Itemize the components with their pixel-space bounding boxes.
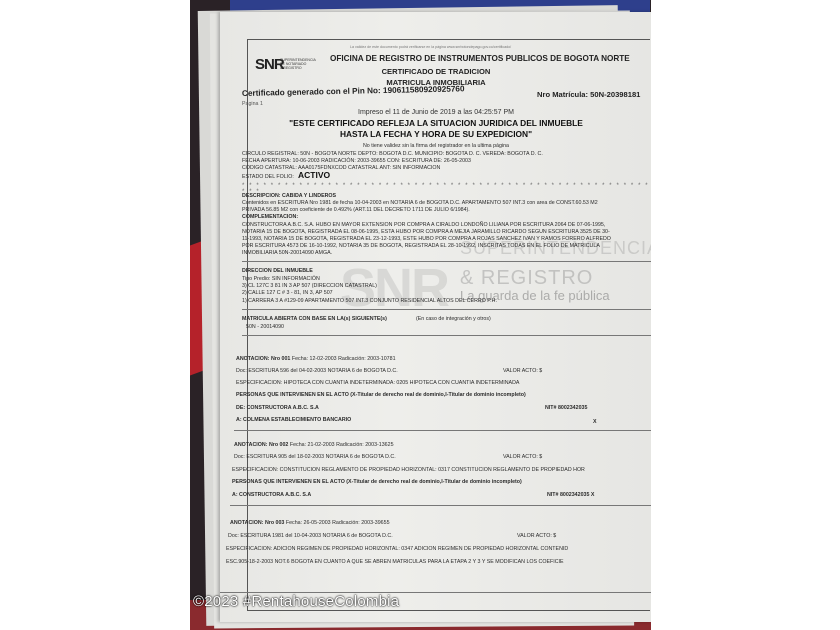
direccion-title: DIRECCION DEL INMUEBLE [242, 268, 313, 274]
circulo-registral: CIRCULO REGISTRAL: 50N - BOGOTA NORTE DE… [242, 151, 543, 157]
direccion-item: 2) CALLE 127 C # 3 - 81, IN 3, AP 507 [242, 290, 333, 296]
complementacion-line: POR ESCRITURA 4573 DE 16-10-1992, NOTARI… [242, 243, 600, 249]
descripcion-title: DESCRIPCION: CABIDA Y LINDEROS [242, 193, 336, 199]
anotacion-a: A: CONSTRUCTORA A.B.C. S.A [232, 492, 311, 498]
direccion-item: 1) CARRERA 3 A #129-09 APARTAMENTO 507 I… [242, 298, 497, 304]
background-watermark-2: & REGISTRO [460, 267, 593, 290]
anotacion-especificacion: ESPECIFICACION: ADICION REGIMEN DE PROPI… [226, 546, 568, 552]
matricula-abierta-note: (En caso de integración y otros) [416, 316, 491, 322]
anotacion-doc: Doc: ESCRITURA 596 del 04-02-2003 NOTARI… [236, 368, 398, 374]
anotacion-de: DE: CONSTRUCTORA A.B.C. S.A [236, 405, 319, 411]
certificate-page: SNR SUPERINTENDENCIA DE NOTARIADO & REGI… [220, 12, 651, 622]
direccion-item: 3) CL 127C 3 81 IN 3 AP 507 (DIRECCION C… [242, 283, 377, 289]
anotacion-de-nit: NIT# 8002342035 [545, 405, 587, 411]
printed-date: Impreso el 11 de Junio de 2019 a las 04:… [220, 109, 651, 116]
anotacion-especificacion: ESPECIFICACION: HIPOTECA CON CUANTIA IND… [236, 380, 519, 386]
anotacion-doc: Doc: ESCRITURA 1981 del 10-04-2003 NOTAR… [228, 533, 393, 539]
tipo-predio: Tipo Predio: SIN INFORMACIÓN [242, 276, 320, 282]
anotacion-especificacion-cont: ESC.905-18-2-2003 NOT.6 BOGOTA EN CUANTO… [226, 559, 564, 565]
office-title: OFICINA DE REGISTRO DE INSTRUMENTOS PUBL… [330, 54, 630, 63]
anotacion-a-nit: NIT# 8002342035 X [547, 492, 594, 498]
anotacion-personas: PERSONAS QUE INTERVIENEN EN EL ACTO (X-T… [232, 479, 522, 485]
anotacion-a-mark: X [593, 419, 597, 425]
divider [242, 309, 651, 310]
anotacion-valor: VALOR ACTO: $ [503, 454, 542, 460]
complementacion-line: INMOBILIARIA 50N-20014090 AMGA. [242, 250, 332, 256]
anotacion-header: ANOTACION: Nro 003 Fecha: 26-05-2003 Rad… [230, 520, 390, 526]
matricula-number: Nro Matrícula: 50N-20398181 [537, 90, 640, 99]
divider [242, 261, 651, 262]
anotacion-valor: VALOR ACTO: $ [503, 368, 542, 374]
matricula-abierta-title: MATRICULA ABIERTA CON BASE EN LA(s) SIGU… [242, 316, 387, 322]
complementacion-line: CONSTRUCTORA A.B.C. S.A. HUBO EN MAYOR E… [242, 222, 605, 228]
document-photo: SNR SUPERINTENDENCIA DE NOTARIADO & REGI… [190, 0, 651, 630]
estado-folio-label: ESTADO DEL FOLIO: [242, 174, 294, 180]
anotacion-doc: Doc: ESCRITURA 905 del 18-02-2003 NOTARI… [234, 454, 396, 460]
page-number: Pagina 1 [242, 101, 263, 107]
cert-title: CERTIFICADO DE TRADICION [220, 67, 651, 76]
anotacion-a: A: COLMENA ESTABLECIMIENTO BANCARIO [236, 417, 351, 423]
matricula-abierta-value: 50N - 20014090 [246, 324, 284, 330]
anotacion-valor: VALOR ACTO: $ [517, 533, 556, 539]
anotacion-personas: PERSONAS QUE INTERVIENEN EN EL ACTO (X-T… [236, 392, 526, 398]
anotacion-especificacion: ESPECIFICACION: CONSTITUCION REGLAMENTO … [232, 467, 585, 473]
complementacion-title: COMPLEMENTACION: [242, 214, 298, 220]
descripcion-line-2: PRIVADA 56.85 M2 con coeficiente de 0.49… [242, 207, 470, 213]
notice-line-2: HASTA LA FECHA Y HORA DE SU EXPEDICION" [220, 129, 651, 139]
complementacion-line: NOTARIA 15 DE BOGOTA, REGISTRADA EL 08-0… [242, 229, 610, 235]
divider [234, 430, 651, 431]
divider [242, 335, 651, 336]
anotacion-header: ANOTACION: Nro 002 Fecha: 21-02-2003 Rad… [234, 442, 394, 448]
verify-note: La validez de este documento podrá verif… [350, 45, 511, 49]
photo-watermark: ©2023 #RentahouseColombia [193, 593, 399, 610]
anotacion-header: ANOTACION: Nro 001 Fecha: 12-02-2003 Rad… [236, 356, 396, 362]
fecha-apertura: FECHA APERTURA: 10-06-2003 RADICACIÓN: 2… [242, 158, 471, 164]
validity-note: No tiene validez sin la firma del regist… [220, 143, 651, 149]
notice-line-1: "ESTE CERTIFICADO REFLEJA LA SITUACION J… [220, 118, 651, 128]
descripcion-line-1: Contenidos en ESCRITURA Nro 1981 de fech… [242, 200, 598, 206]
divider [230, 505, 651, 506]
complementacion-line: 11-1993, NOTARIA 15 DE BOGOTA, REGISTRAD… [242, 236, 611, 242]
estado-folio-value: ACTIVO [298, 170, 330, 180]
codigo-catastral: CODIGO CATASTRAL: AAA0175FDNXCOD CATASTR… [242, 165, 440, 171]
